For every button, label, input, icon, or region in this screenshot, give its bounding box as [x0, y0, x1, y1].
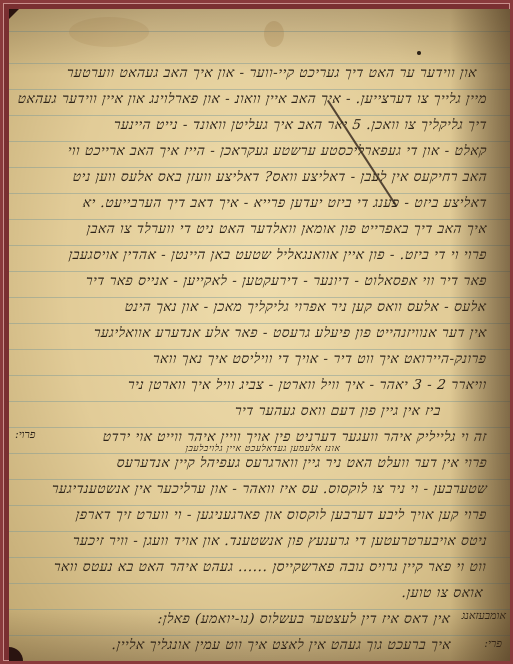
rule-line — [9, 505, 510, 506]
manuscript-line: פרונק-היירואט איך ווט דיר - אויך די וויל… — [152, 351, 487, 367]
rule-line — [9, 401, 510, 402]
photo-frame: און ווידער ער האט דיך געריכט קיי-ווער - … — [0, 0, 513, 664]
manuscript-line: אואס צו טוען. — [401, 585, 484, 601]
paper-stain — [69, 17, 149, 47]
rule-line — [9, 89, 510, 90]
manuscript-line: אין דאס איז דין לעצטער בעשלוס (נו-יואמע)… — [157, 611, 451, 627]
rule-line — [9, 219, 510, 220]
rule-line — [9, 635, 510, 636]
manuscript-line: פאר דיר ווי אפסאלוט - דיונער - דירעקטען … — [85, 273, 488, 289]
paper-stain — [264, 21, 284, 47]
rule-line — [9, 323, 510, 324]
rule-line — [9, 609, 510, 610]
manuscript-line: איך האב דיך באפרייט פון אומאן וואלדער הא… — [86, 221, 488, 237]
rule-line — [9, 479, 510, 480]
rule-line — [9, 141, 510, 142]
rule-line — [9, 167, 510, 168]
manuscript-line: האב רחיקעס אין לעבן - דאליצע וואס? דאליצ… — [72, 169, 488, 185]
manuscript-line: ניטס אויבערטרעטען די גרענעץ פון אנשטענד.… — [72, 533, 488, 549]
manuscript-line: איך ברעכט גוך געהט אין לאצט איך ווט עמין… — [111, 637, 452, 653]
manuscript-line: פרוי וי די ביזט. - פון איין אוואנגאליל ש… — [68, 247, 488, 263]
manuscript-line: מיין גלייך צו דערצייען. - איך האב איין ו… — [17, 91, 488, 107]
manuscript-line: ביז אין גיין פון דעם וואס געהער דיר — [234, 403, 442, 419]
manuscript-line: ווט וי פאר קיין גרויס נובה פארשקייסן ...… — [53, 559, 487, 575]
rule-line — [9, 583, 510, 584]
manuscript-line: וויארר 2 - 3 יאהר - איך וויל ווארטן - צב… — [127, 377, 488, 393]
rule-line — [9, 427, 510, 428]
margin-note-left: פרוי: — [15, 428, 36, 441]
rule-line — [9, 115, 510, 116]
manuscript-line: שטערבען - וי ניר צו לוקסוס. עס איז וואהר… — [51, 481, 488, 497]
rule-line — [9, 193, 510, 194]
margin-note-right-bottom: פרי: — [484, 637, 502, 650]
inline-insertion-note: אונז אלעמען געדאלעכט איין גלויבלעבן — [185, 443, 341, 454]
rule-line — [9, 63, 510, 64]
manuscript-page: און ווידער ער האט דיך געריכט קיי-ווער - … — [9, 9, 510, 661]
torn-corner-top-left — [9, 9, 19, 19]
rule-line — [9, 349, 510, 350]
rule-line — [9, 557, 510, 558]
torn-corner-bottom-left — [9, 647, 23, 661]
manuscript-line: פרוי קען אויך ליבע דערבען לוקסוס און פאר… — [75, 507, 488, 523]
rule-line — [9, 297, 510, 298]
rule-line — [9, 375, 510, 376]
rule-line — [9, 531, 510, 532]
manuscript-line: און ווידער ער האט דיך געריכט קיי-ווער - … — [66, 65, 478, 81]
manuscript-line: אלעס - אלעס וואס קען ניר אפרוי גליקליך מ… — [124, 299, 487, 315]
manuscript-line: דיך גליקליך צו וואכן. 5 יאר האב איך געלי… — [113, 117, 488, 133]
manuscript-line: פרוי אין דער וועלט האט ניר גיין ווארגרעס… — [116, 455, 488, 471]
manuscript-line: דאליצע ביזט - פענג די ביזט יעדען פרייא -… — [82, 195, 488, 211]
rule-line — [9, 271, 510, 272]
margin-note-right: אומבעזאנג — [462, 609, 506, 622]
manuscript-line: אין דער אנוויזנהייט פון פיעלע גרעסט - פא… — [93, 325, 488, 341]
manuscript-line: קאלט - און די געפארליכסטע ערשטע געקראכן … — [67, 143, 488, 159]
rule-line — [9, 245, 510, 246]
ink-dot — [417, 51, 421, 55]
